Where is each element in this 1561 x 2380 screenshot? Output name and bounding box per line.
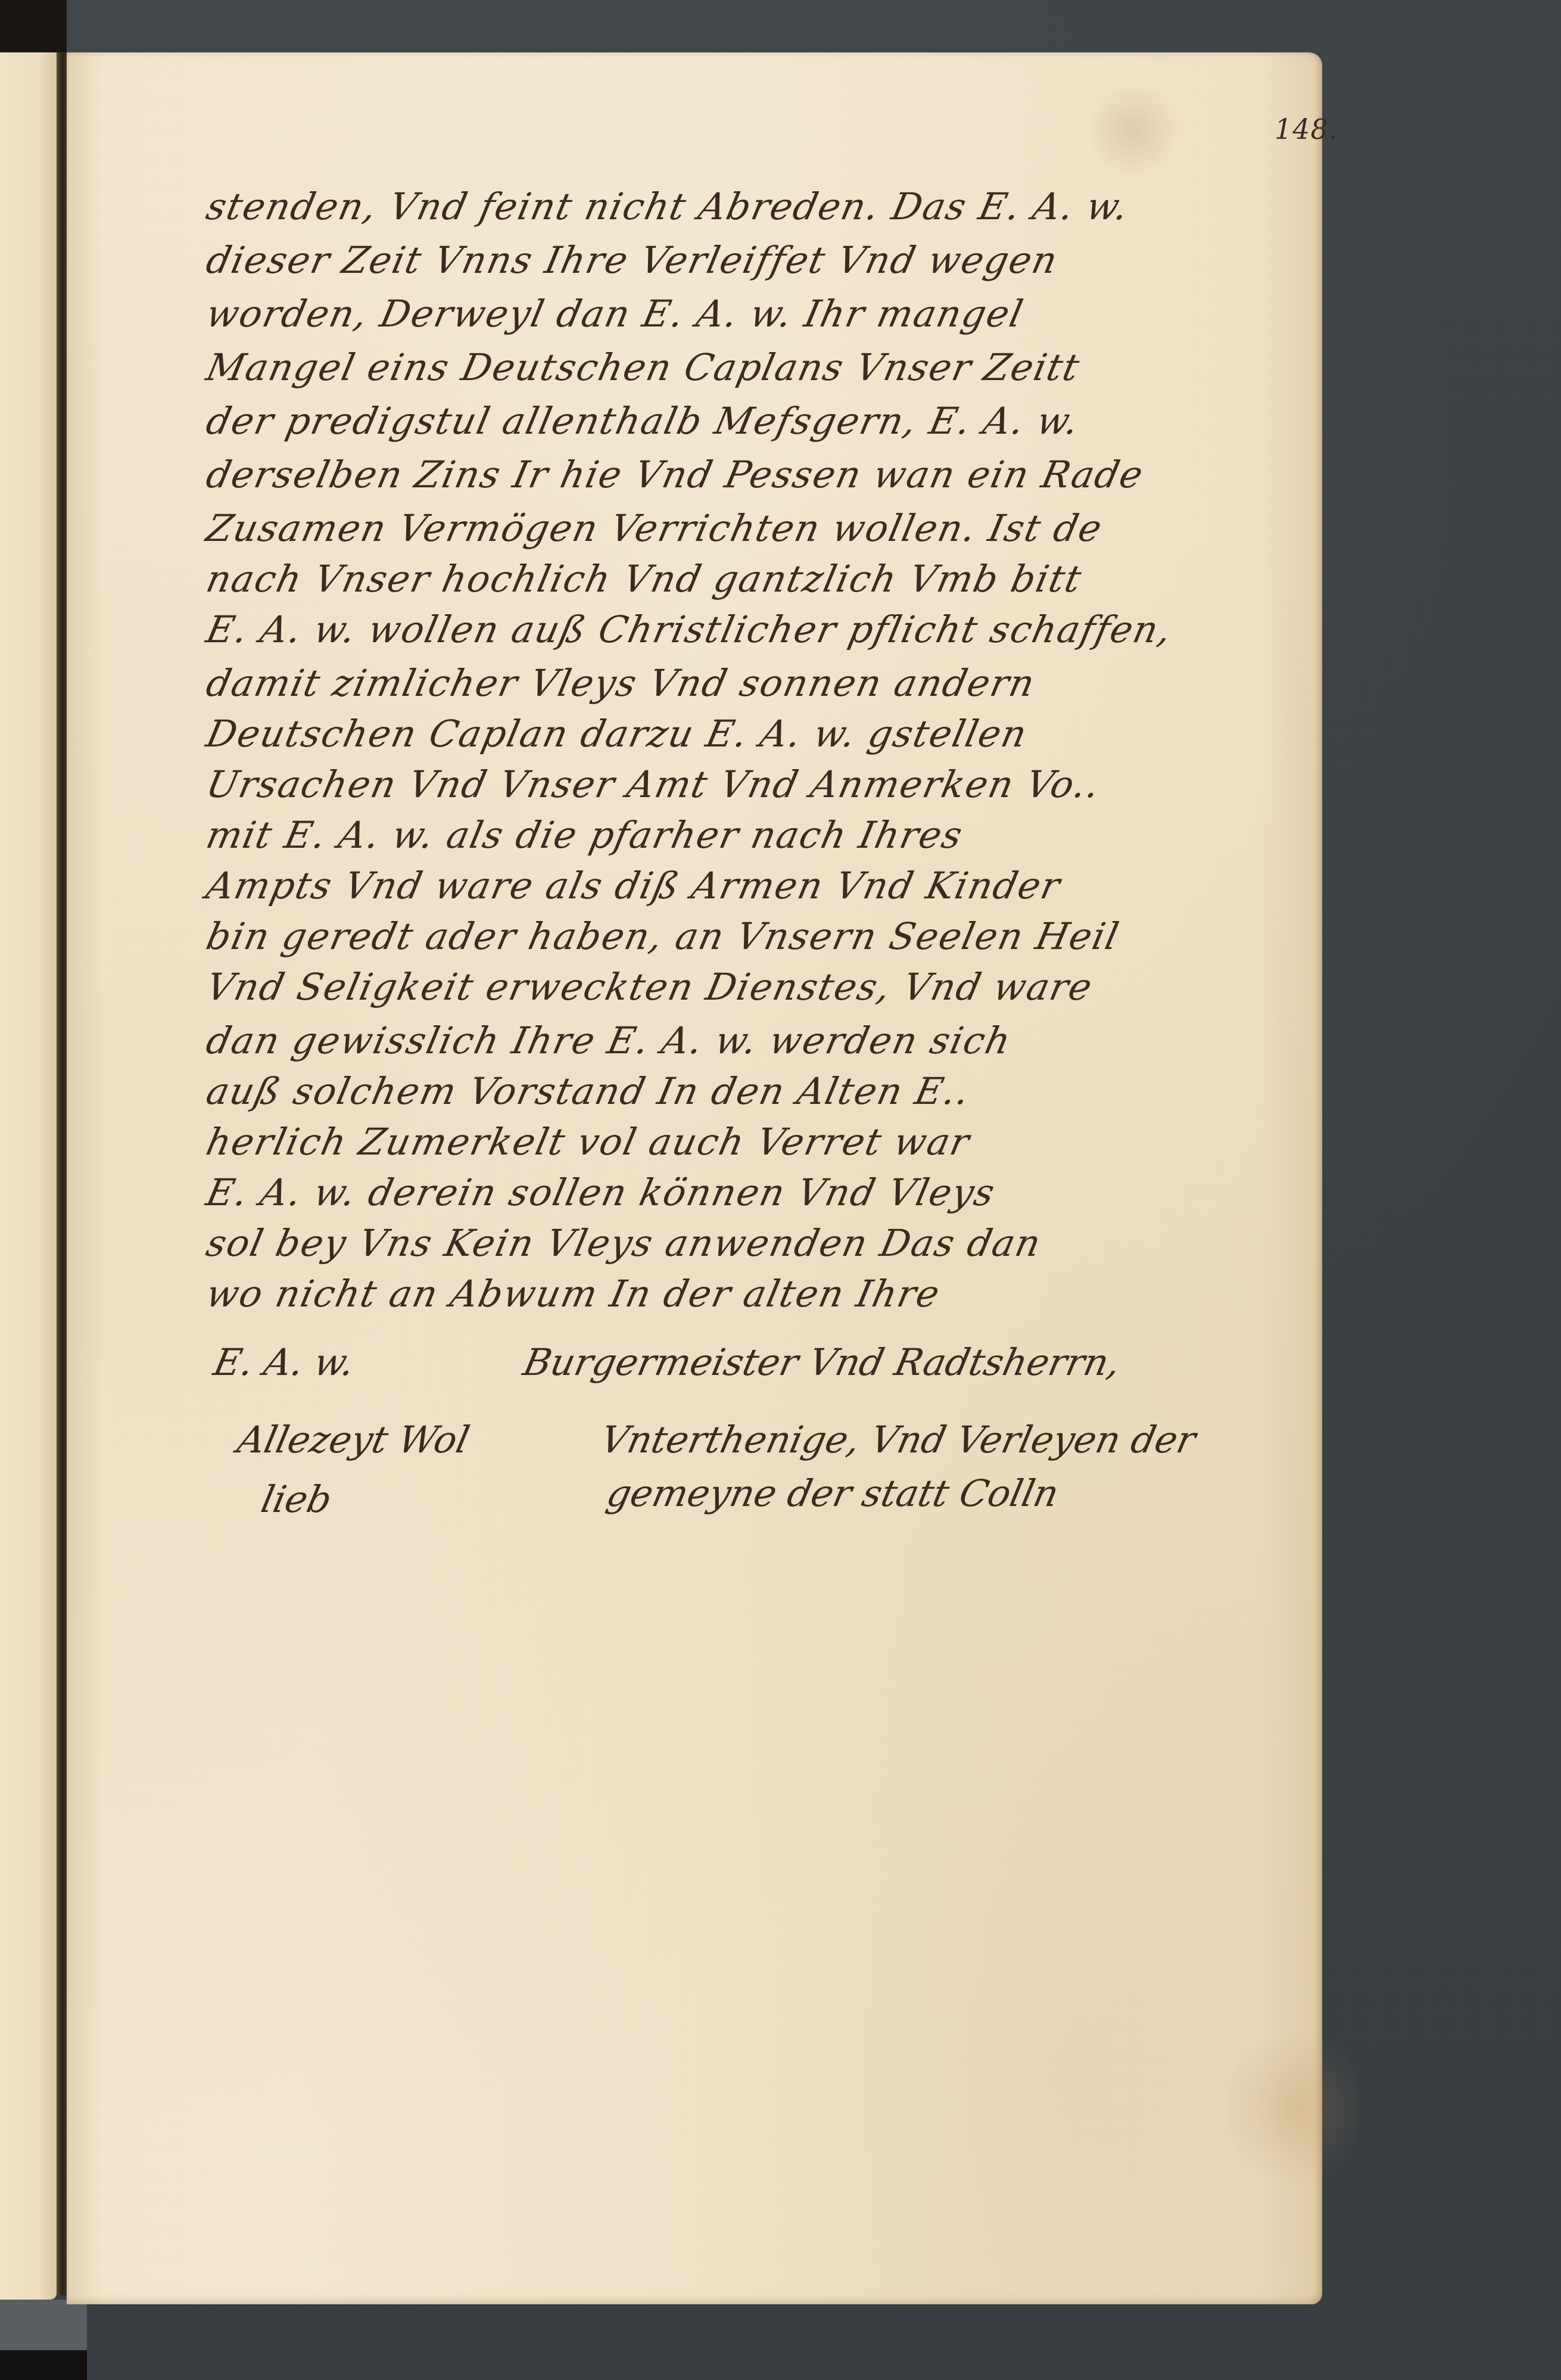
text-line: stenden, Vnd feint nicht Abreden. Das E.… [202,185,1133,228]
closing-prefix: lieb [257,1477,336,1521]
text-line: damit zimlicher Vleys Vnd sonnen andern [202,661,1039,705]
text-line: Vnd Seligkeit erweckten Dienstes, Vnd wa… [202,965,1097,1009]
text-line: Deutschen Caplan darzu E. A. w. gstellen [202,712,1032,755]
text-line: Zusamen Vermögen Verrichten wollen. Ist … [202,506,1107,550]
dark-corner-bottom-left [0,2350,87,2380]
folio-number: 148. [1275,113,1338,145]
text-line: E. A. w. derein sollen können Vnd Vleys [202,1171,999,1214]
closing-line: Vnterthenige, Vnd Verleyen der [597,1418,1199,1461]
paper-stain [1228,2018,1359,2197]
text-line: herlich Zumerkelt vol auch Verret war [202,1120,974,1163]
left-page-edge [0,52,57,2300]
text-line: nach Vnser hochlich Vnd gantzlich Vmb bi… [202,557,1086,601]
closing-line: gemeyne der statt Colln [603,1471,1063,1515]
text-line: E. A. w. wollen auß Christlicher pflicht… [202,608,1176,651]
text-line: Mangel eins Deutschen Caplans Vnser Zeit… [202,346,1084,389]
closing-prefix: E. A. w. [210,1340,359,1384]
closing-prefix: Allezeyt Wol [233,1418,473,1461]
text-line: auß solchem Vorstand In den Alten E.. [202,1069,974,1113]
text-line: worden, Derweyl dan E. A. w. Ihr mangel [202,292,1028,335]
dark-corner-top-left [0,0,67,55]
text-line: dieser Zeit Vnns Ihre Verleiffet Vnd weg… [202,238,1063,282]
cradle-support [0,2300,87,2353]
text-line: der predigstul allenthalb Mefsgern, E. A… [202,399,1084,443]
text-line: derselben Zins Ir hie Vnd Pessen wan ein… [202,453,1148,496]
closing-line: Burgermeister Vnd Radtsherrn, [519,1340,1124,1384]
text-line: wo nicht an Abwum In der alten Ihre [202,1272,945,1315]
text-line: dan gewisslich Ihre E. A. w. werden sich [202,1019,1015,1062]
text-line: mit E. A. w. als die pfarher nach Ihres [202,813,967,857]
text-line: Ampts Vnd ware als diß Armen Vnd Kinder [202,864,1065,907]
text-line: sol bey Vns Kein Vleys anwenden Das dan [202,1221,1046,1265]
paper-stain [1079,88,1186,172]
text-line: Ursachen Vnd Vnser Amt Vnd Anmerken Vo.. [202,763,1105,806]
text-line: bin geredt ader haben, an Vnsern Seelen … [202,914,1124,958]
